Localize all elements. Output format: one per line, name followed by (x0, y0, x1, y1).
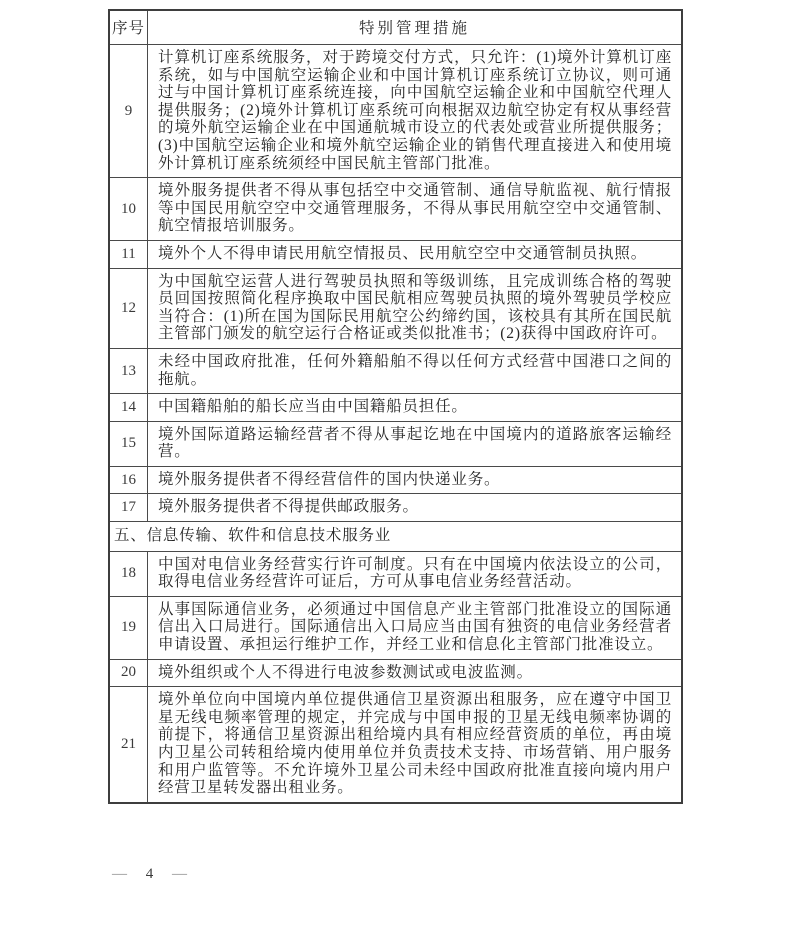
row-measure-text: 境外个人不得申请民用航空情报员、民用航空空中交通管制员执照。 (148, 240, 683, 268)
row-seq-number: 11 (109, 240, 148, 268)
table-header-row: 序号 特别管理措施 (109, 10, 682, 45)
table-row: 21 境外单位向中国境内单位提供通信卫星资源出租服务，应在遵守中国卫星无线电频率… (109, 687, 682, 803)
footer-dash-right: — (172, 866, 187, 883)
table-row: 9 计算机订座系统服务，对于跨境交付方式，只允许：(1)境外计算机订座系统，如与… (109, 45, 682, 178)
row-measure-text: 境外服务提供者不得经营信件的国内快递业务。 (148, 466, 683, 494)
row-measure-text: 从事国际通信业务，必须通过中国信息产业主管部门批准设立的国际通信出入口局进行。国… (148, 596, 683, 659)
row-measure-text: 境外服务提供者不得从事包括空中交通管制、通信导航监视、航行情报等中国民用航空空中… (148, 178, 683, 241)
table-row: 19 从事国际通信业务，必须通过中国信息产业主管部门批准设立的国际通信出入口局进… (109, 596, 682, 659)
row-measure-text: 境外组织或个人不得进行电波参数测试或电波监测。 (148, 659, 683, 687)
page-footer: — 4 — (112, 866, 187, 883)
row-seq-number: 15 (109, 421, 148, 466)
row-seq-number: 14 (109, 394, 148, 422)
table-row: 10 境外服务提供者不得从事包括空中交通管制、通信导航监视、航行情报等中国民用航… (109, 178, 682, 241)
section-title: 五、信息传输、软件和信息技术服务业 (109, 522, 682, 552)
row-seq-number: 10 (109, 178, 148, 241)
table-row: 15 境外国际道路运输经营者不得从事起讫地在中国境内的道路旅客运输经营。 (109, 421, 682, 466)
row-seq-number: 21 (109, 687, 148, 803)
footer-dash-left: — (112, 866, 127, 883)
column-header-measure: 特别管理措施 (148, 10, 683, 45)
row-measure-text: 中国对电信业务经营实行许可制度。只有在中国境内依法设立的公司，取得电信业务经营许… (148, 551, 683, 596)
row-measure-text: 境外服务提供者不得提供邮政服务。 (148, 494, 683, 522)
section-header-row: 五、信息传输、软件和信息技术服务业 (109, 522, 682, 552)
row-measure-text: 中国籍船舶的船长应当由中国籍船员担任。 (148, 394, 683, 422)
special-measures-table: 序号 特别管理措施 9 计算机订座系统服务，对于跨境交付方式，只允许：(1)境外… (108, 9, 683, 804)
row-measure-text: 为中国航空运营人进行驾驶员执照和等级训练，且完成训练合格的驾驶员回国按照简化程序… (148, 268, 683, 348)
row-seq-number: 16 (109, 466, 148, 494)
table-row: 18 中国对电信业务经营实行许可制度。只有在中国境内依法设立的公司，取得电信业务… (109, 551, 682, 596)
row-seq-number: 17 (109, 494, 148, 522)
table-row: 11 境外个人不得申请民用航空情报员、民用航空空中交通管制员执照。 (109, 240, 682, 268)
row-measure-text: 境外国际道路运输经营者不得从事起讫地在中国境内的道路旅客运输经营。 (148, 421, 683, 466)
row-seq-number: 9 (109, 45, 148, 178)
column-header-seq: 序号 (109, 10, 148, 45)
table-row: 13 未经中国政府批准，任何外籍船舶不得以任何方式经营中国港口之间的拖航。 (109, 348, 682, 393)
row-seq-number: 19 (109, 596, 148, 659)
table-row: 16 境外服务提供者不得经营信件的国内快递业务。 (109, 466, 682, 494)
table-row: 20 境外组织或个人不得进行电波参数测试或电波监测。 (109, 659, 682, 687)
row-seq-number: 18 (109, 551, 148, 596)
row-seq-number: 20 (109, 659, 148, 687)
row-seq-number: 12 (109, 268, 148, 348)
table-row: 12 为中国航空运营人进行驾驶员执照和等级训练，且完成训练合格的驾驶员回国按照简… (109, 268, 682, 348)
row-measure-text: 未经中国政府批准，任何外籍船舶不得以任何方式经营中国港口之间的拖航。 (148, 348, 683, 393)
table-row: 14 中国籍船舶的船长应当由中国籍船员担任。 (109, 394, 682, 422)
row-seq-number: 13 (109, 348, 148, 393)
row-measure-text: 境外单位向中国境内单位提供通信卫星资源出租服务，应在遵守中国卫星无线电频率管理的… (148, 687, 683, 803)
table-row: 17 境外服务提供者不得提供邮政服务。 (109, 494, 682, 522)
page-number: 4 (146, 866, 154, 883)
row-measure-text: 计算机订座系统服务，对于跨境交付方式，只允许：(1)境外计算机订座系统，如与中国… (148, 45, 683, 178)
